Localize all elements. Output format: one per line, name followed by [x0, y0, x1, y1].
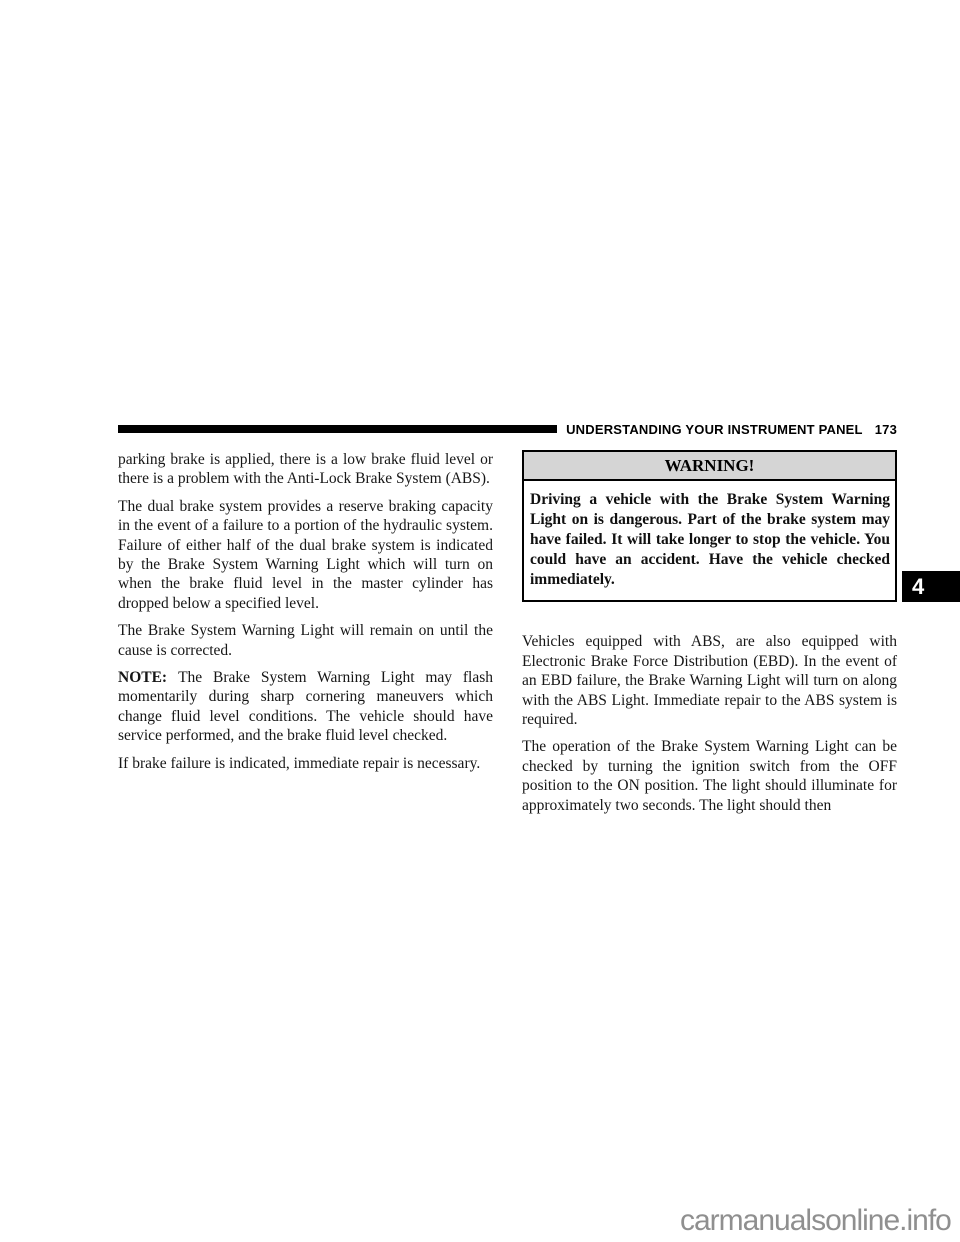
body-paragraph: The operation of the Brake System Warnin… — [522, 737, 897, 815]
page-header: UNDERSTANDING YOUR INSTRUMENT PANEL 173 — [118, 420, 897, 438]
header-rule — [118, 425, 557, 433]
watermark: carmanualsonline.info — [680, 1204, 951, 1238]
body-paragraph: Vehicles equipped with ABS, are also equ… — [522, 632, 897, 729]
note-text: The Brake System Warning Light may flash… — [118, 669, 493, 744]
section-title: UNDERSTANDING YOUR INSTRUMENT PANEL — [566, 422, 863, 437]
note-label: NOTE: — [118, 669, 167, 686]
warning-title: WARNING! — [524, 452, 895, 481]
body-paragraph: If brake failure is indicated, immediate… — [118, 754, 493, 773]
warning-body-text: Driving a vehicle with the Brake System … — [524, 481, 895, 600]
body-columns: parking brake is applied, there is a low… — [118, 450, 897, 823]
body-paragraph: The Brake System Warning Light will rema… — [118, 621, 493, 660]
body-paragraph: parking brake is applied, there is a low… — [118, 450, 493, 489]
page-number: 173 — [875, 422, 897, 437]
left-column: parking brake is applied, there is a low… — [118, 450, 493, 823]
chapter-tab: 4 — [902, 571, 960, 602]
body-paragraph: The dual brake system provides a reserve… — [118, 497, 493, 613]
manual-page: UNDERSTANDING YOUR INSTRUMENT PANEL 173 … — [0, 0, 960, 1242]
warning-box: WARNING! Driving a vehicle with the Brak… — [522, 450, 897, 602]
right-column: WARNING! Driving a vehicle with the Brak… — [522, 450, 897, 823]
note-paragraph: NOTE:The Brake System Warning Light may … — [118, 668, 493, 746]
